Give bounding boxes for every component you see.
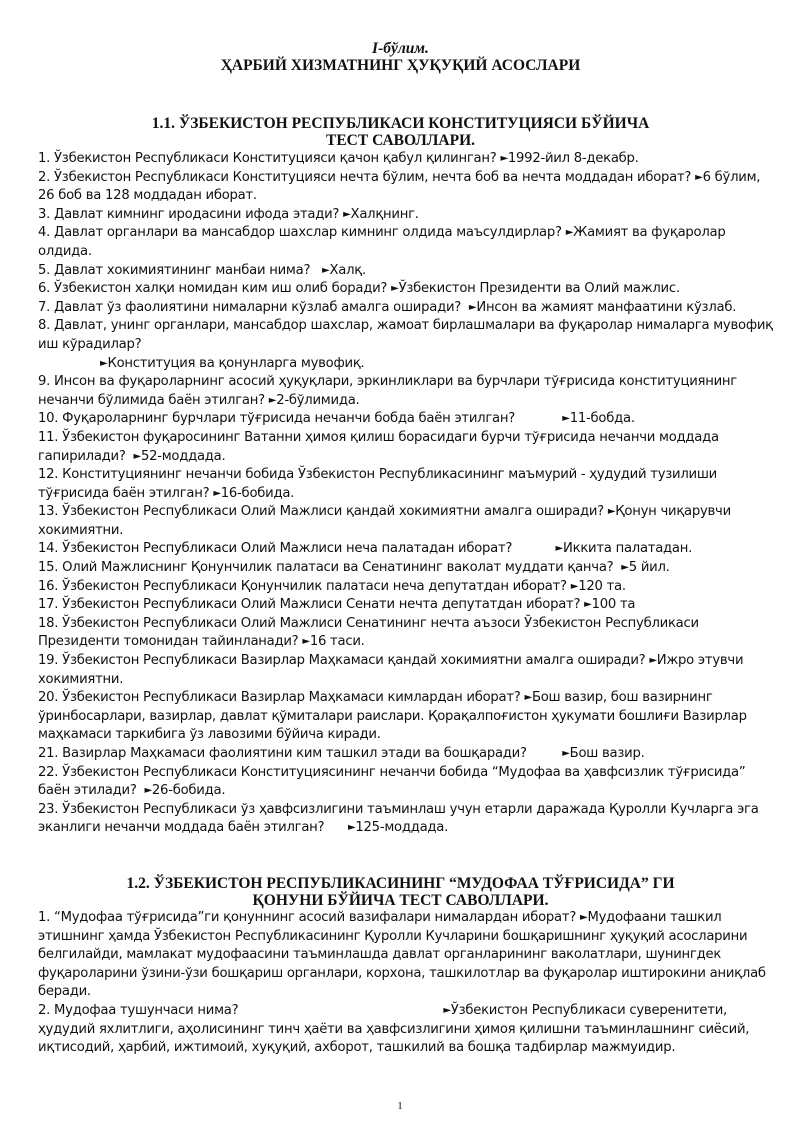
part-heading: I-бўлим. ҲАРБИЙ ХИЗМАТНИНГ ҲУҚУҚИЙ АСОСЛ… — [38, 40, 763, 74]
answer-arrow-icon: ► — [556, 543, 563, 554]
answer-text: 100 та — [592, 597, 636, 612]
answer-arrow-icon: ► — [343, 209, 350, 220]
question-text: 1. Ўзбекистон Республикаси Конституцияси… — [38, 151, 500, 166]
question-item: 4. Давлат органлари ва мансабдор шахслар… — [38, 224, 773, 261]
answer-text: 5 йил. — [629, 560, 670, 575]
question-item: 2. Ўзбекистон Республикаси Конституцияси… — [38, 169, 773, 206]
question-text: 8. Давлат, унинг органлари, мансабдор ша… — [38, 318, 777, 352]
answer-arrow-icon: ► — [621, 562, 628, 573]
answer-arrow-icon: ► — [584, 599, 591, 610]
answer-text: Халқ. — [330, 263, 366, 278]
section-2-heading: 1.2. ЎЗБЕКИСТОН РЕСПУБЛИКАСИНИНГ “МУДОФА… — [38, 875, 763, 909]
answer-text: Конституция ва қонунларга мувофиқ. — [107, 356, 364, 371]
answer-text: Бош вазир. — [570, 746, 645, 761]
question-item: 1. Ўзбекистон Республикаси Конституцияси… — [38, 150, 773, 169]
question-text: 17. Ўзбекистон Республикаси Олий Мажлиси… — [38, 597, 584, 612]
answer-text: 125-моддада. — [355, 820, 448, 835]
question-text: 7. Давлат ўз фаолиятини нималарни кўзлаб… — [38, 300, 469, 315]
question-text: 21. Вазирлар Маҳкамаси фаолиятини ким та… — [38, 746, 562, 761]
question-item: 8. Давлат, унинг органлари, мансабдор ша… — [38, 317, 773, 354]
answer-text: 16 таси. — [310, 634, 365, 649]
question-text: 4. Давлат органлари ва мансабдор шахслар… — [38, 225, 566, 240]
answer-text: 120 та. — [578, 579, 626, 594]
answer-text: Иккита палатадан. — [563, 541, 692, 556]
answer-text: Халқнинг. — [351, 207, 419, 222]
question-item: 6. Ўзбекистон халқи номидан ким иш олиб … — [38, 280, 773, 299]
question-item: 7. Давлат ўз фаолиятини нималарни кўзлаб… — [38, 299, 773, 318]
answer-text: Инсон ва жамият манфаатини кўзлаб. — [476, 300, 736, 315]
answer-arrow-icon: ► — [562, 748, 569, 759]
answer-text: Ўзбекистон Президенти ва Олий мажлис. — [399, 281, 680, 296]
question-item: 19. Ўзбекистон Республикаси Вазирлар Маҳ… — [38, 652, 773, 689]
question-item: 21. Вазирлар Маҳкамаси фаолиятини ким та… — [38, 745, 773, 764]
question-item: 15. Олий Мажлиснинг Қонунчилик палатаси … — [38, 559, 773, 578]
part-number: I-бўлим. — [38, 40, 763, 57]
answer-text: 52-моддада. — [141, 449, 226, 464]
question-text: 6. Ўзбекистон халқи номидан ким иш олиб … — [38, 281, 391, 296]
question-item: 17. Ўзбекистон Республикаси Олий Мажлиси… — [38, 596, 773, 615]
question-item: 23. Ўзбекистон Республикаси ўз ҳавфсизли… — [38, 801, 773, 838]
section-1-title-line1: 1.1. ЎЗБЕКИСТОН РЕСПУБЛИКАСИ КОНСТИТУЦИЯ… — [38, 115, 763, 132]
answer-arrow-icon: ► — [133, 451, 140, 462]
question-item: 22. Ўзбекистон Республикаси Конституцияс… — [38, 764, 773, 801]
section-2-questions: 1. “Мудофаа тўғрисида”ги қонуннинг асоси… — [38, 909, 773, 1058]
question-item: 18. Ўзбекистон Республикаси Олий Мажлиси… — [38, 615, 773, 652]
question-item: 2. Мудофаа тушунчаси нима? ►Ўзбекистон Р… — [38, 1002, 773, 1058]
answer-text: 2-бўлимида. — [276, 393, 359, 408]
answer-arrow-icon: ► — [500, 153, 507, 164]
answer-arrow-icon: ► — [649, 655, 656, 666]
question-text: 19. Ўзбекистон Республикаси Вазирлар Маҳ… — [38, 653, 649, 668]
question-item: 14. Ўзбекистон Республикаси Олий Мажлиси… — [38, 540, 773, 559]
question-item: 9. Инсон ва фуқароларнинг асосий ҳуқуқла… — [38, 373, 773, 410]
answer-arrow-icon: ► — [443, 1005, 450, 1016]
question-item: 13. Ўзбекистон Республикаси Олий Мажлиси… — [38, 503, 773, 540]
question-item: 11. Ўзбекистон фуқаросининг Ватанни ҳимо… — [38, 429, 773, 466]
question-item: 5. Давлат хокимиятининг манбаи нима? ►Ха… — [38, 262, 773, 281]
section-1-title-line2: ТЕСТ САВОЛЛАРИ. — [38, 132, 763, 149]
question-text: 14. Ўзбекистон Республикаси Олий Мажлиси… — [38, 541, 556, 556]
question-text: 2. Мудофаа тушунчаси нима? — [38, 1003, 443, 1018]
answer-arrow-icon: ► — [144, 785, 151, 796]
section-1-heading: 1.1. ЎЗБЕКИСТОН РЕСПУБЛИКАСИ КОНСТИТУЦИЯ… — [38, 115, 763, 149]
question-text: 2. Ўзбекистон Республикаси Конституцияси… — [38, 170, 695, 185]
answer-arrow-icon: ► — [322, 265, 329, 276]
question-item: 1. “Мудофаа тўғрисида”ги қонуннинг асоси… — [38, 909, 773, 1002]
question-text: 20. Ўзбекистон Республикаси Вазирлар Маҳ… — [38, 690, 524, 705]
question-item: 12. Конституциянинг нечанчи бобида Ўзбек… — [38, 466, 773, 503]
answer-text: 16-бобида. — [221, 486, 294, 501]
question-text: 1. “Мудофаа тўғрисида”ги қонуннинг асоси… — [38, 910, 580, 925]
question-text: 9. Инсон ва фуқароларнинг асосий ҳуқуқла… — [38, 374, 741, 408]
question-item: 3. Давлат кимнинг иродасини ифода этади?… — [38, 206, 773, 225]
part-title: ҲАРБИЙ ХИЗМАТНИНГ ҲУҚУҚИЙ АСОСЛАРИ — [38, 57, 763, 74]
answer-text: 11-бобда. — [570, 411, 635, 426]
answer-text: 26-бобида. — [152, 783, 225, 798]
answer-arrow-icon: ► — [391, 283, 398, 294]
answer-arrow-icon: ► — [213, 488, 220, 499]
question-text: 15. Олий Мажлиснинг Қонунчилик палатаси … — [38, 560, 621, 575]
answer-arrow-icon: ► — [695, 172, 702, 183]
question-item: 20. Ўзбекистон Республикаси Вазирлар Маҳ… — [38, 689, 773, 745]
question-text: 18. Ўзбекистон Республикаси Олий Мажлиси… — [38, 616, 703, 650]
answer-arrow-icon: ► — [302, 636, 309, 647]
answer-arrow-icon: ► — [562, 413, 569, 424]
question-text: 10. Фуқароларнинг бурчлари тўғрисида неч… — [38, 411, 562, 426]
page-number: 1 — [0, 1100, 800, 1112]
section-1-questions: 1. Ўзбекистон Республикаси Конституцияси… — [38, 150, 773, 838]
question-item: 10. Фуқароларнинг бурчлари тўғрисида неч… — [38, 410, 773, 429]
question-text: 13. Ўзбекистон Республикаси Олий Мажлиси… — [38, 504, 608, 519]
question-text: 5. Давлат хокимиятининг манбаи нима? — [38, 263, 322, 278]
question-item: 16. Ўзбекистон Республикаси Қонунчилик п… — [38, 578, 773, 597]
answer-text: 1992-йил 8-декабр. — [508, 151, 639, 166]
answer-arrow-icon: ► — [524, 692, 531, 703]
section-2-title-line2: ҚОНУНИ БЎЙИЧА ТЕСТ САВОЛЛАРИ. — [38, 892, 763, 909]
question-text: 3. Давлат кимнинг иродасини ифода этади? — [38, 207, 343, 222]
answer-line: ►Конституция ва қонунларга мувофиқ. — [38, 355, 773, 374]
section-2-title-line1: 1.2. ЎЗБЕКИСТОН РЕСПУБЛИКАСИНИНГ “МУДОФА… — [38, 875, 763, 892]
question-text: 12. Конституциянинг нечанчи бобида Ўзбек… — [38, 467, 721, 501]
question-text: 16. Ўзбекистон Республикаси Қонунчилик п… — [38, 579, 571, 594]
